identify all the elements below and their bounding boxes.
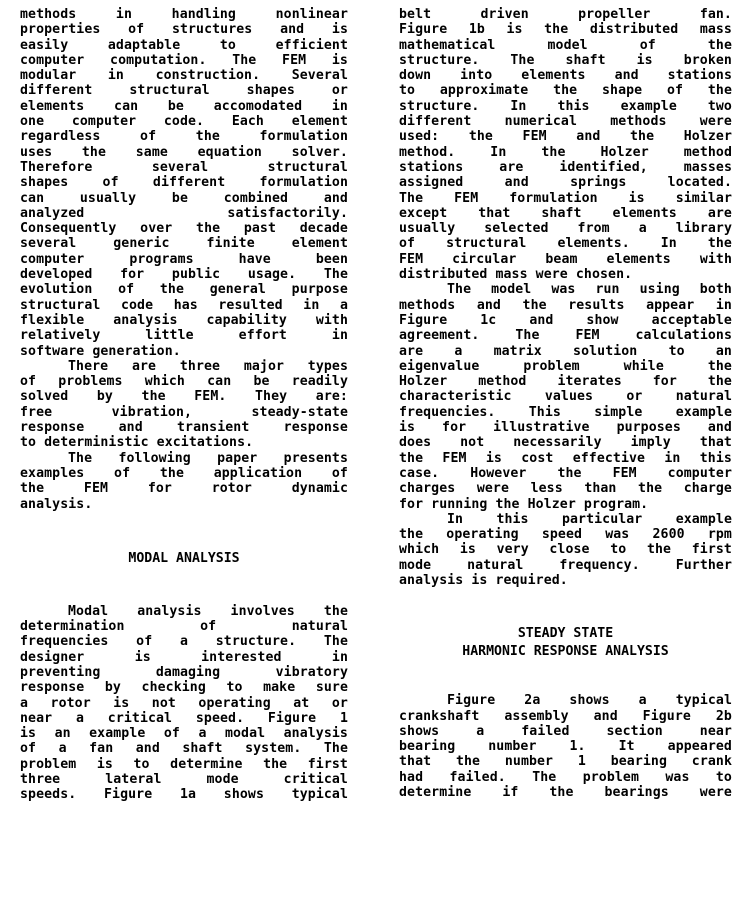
text-line: stationsareidentified,masses [399, 160, 732, 175]
text-line: Inthisparticularexample [399, 512, 732, 527]
text-line: Holzermethoditeratesforthe [399, 374, 732, 389]
text-line: structure.Inthisexampletwo [399, 99, 732, 114]
text-line: arotorisnotoperatingator [20, 696, 348, 711]
text-line: TheFEMformulationissimilar [399, 191, 732, 206]
text-line: ofproblemswhichcanbereadily [20, 374, 348, 389]
text-line: differentnumericalmethodswere [399, 114, 732, 129]
spacer [399, 588, 732, 625]
text-line: exceptthatshaftelementsare [399, 206, 732, 221]
text-line: shapesofdifferentformulation [20, 175, 348, 190]
text-line: characteristicvaluesornatural [399, 389, 732, 404]
right-text-block-2: Figure2ashowsatypicalcrankshaftassemblya… [399, 693, 732, 800]
text-line: bearingnumber1.Itappeared [399, 739, 732, 754]
text-line: threelateralmodecritical [20, 772, 348, 787]
text-line: usuallyselectedfromalibrary [399, 221, 732, 236]
text-line: Figure2ashowsatypical [399, 693, 732, 708]
text-line: propertiesofstructuresandis [20, 22, 348, 37]
text-line: theoperatingspeedwas2600rpm [399, 527, 732, 542]
text-line: responseandtransientresponse [20, 420, 348, 435]
text-line: Thefollowingpaperpresents [20, 451, 348, 466]
text-line: severalgenericfiniteelement [20, 236, 348, 251]
text-line: determinationofnatural [20, 619, 348, 634]
text-line: regardlessoftheformulation [20, 129, 348, 144]
text-line: Modalanalysisinvolvesthe [20, 604, 348, 619]
text-line: computerprogramshavebeen [20, 252, 348, 267]
text-line: Themodelwasrunusingboth [399, 282, 732, 297]
left-text-block-2: Modalanalysisinvolvesthedeterminationofn… [20, 604, 348, 803]
text-line: Therearethreemajortypes [20, 359, 348, 374]
text-line: for running the Holzer program. [399, 497, 732, 512]
text-line: method.IntheHolzermethod [399, 145, 732, 160]
text-line: mathematicalmodelofthe [399, 38, 732, 53]
left-column: methodsinhandlingnonlinearpropertiesofst… [20, 7, 348, 803]
text-line: downintoelementsandstations [399, 68, 732, 83]
text-line: modenaturalfrequency.Further [399, 558, 732, 573]
text-line: theFEMforrotordynamic [20, 481, 348, 496]
spacer [20, 568, 348, 604]
text-line: freevibration,steady-state [20, 405, 348, 420]
text-line: software generation. [20, 344, 348, 359]
text-line: analyzedsatisfactorily. [20, 206, 348, 221]
text-line: speeds.Figure1ashowstypical [20, 787, 348, 802]
text-line: usesthesameequationsolver. [20, 145, 348, 160]
spacer [20, 512, 348, 550]
text-line: used:theFEMandtheHolzer [399, 129, 732, 144]
text-line: isforillustrativepurposesand [399, 420, 732, 435]
text-line: onecomputercode.Eachelement [20, 114, 348, 129]
text-line: eigenvalueproblemwhilethe [399, 359, 732, 374]
text-line: nearacriticalspeed.Figure1 [20, 711, 348, 726]
text-line: hadfailed.Theproblemwasto [399, 770, 732, 785]
text-line: developedforpublicusage.The [20, 267, 348, 282]
text-line: designerisinterestedin [20, 650, 348, 665]
text-line: differentstructuralshapesor [20, 83, 348, 98]
text-line: responsebycheckingtomakesure [20, 680, 348, 695]
text-line: structuralcodehasresultedina [20, 298, 348, 313]
text-line: analysis. [20, 497, 348, 512]
text-line: Consequentlyoverthepastdecade [20, 221, 348, 236]
text-line: modularinconstruction.Several [20, 68, 348, 83]
text-line: FEMcircularbeamelementswith [399, 252, 732, 267]
section-heading-steady-state: STEADY STATE [399, 625, 732, 643]
text-line: relativelylittleeffortin [20, 328, 348, 343]
text-line: whichisveryclosetothefirst [399, 542, 732, 557]
text-line: preventingdamagingvibratory [20, 665, 348, 680]
text-line: evolutionofthegeneralpurpose [20, 282, 348, 297]
left-text-block-1: methodsinhandlingnonlinearpropertiesofst… [20, 7, 348, 512]
text-line: distributed mass were chosen. [399, 267, 732, 282]
text-line: determineifthebearingswere [399, 785, 732, 800]
text-line: theFEMiscosteffectiveinthis [399, 451, 732, 466]
section-heading-harmonic-response: HARMONIC RESPONSE ANALYSIS [399, 643, 732, 661]
text-line: isanexampleofamodalanalysis [20, 726, 348, 741]
text-line: assignedandspringslocated. [399, 175, 732, 190]
text-line: areamatrixsolutiontoan [399, 344, 732, 359]
text-line: computercomputation.TheFEMis [20, 53, 348, 68]
text-line: showsafailedsectionnear [399, 724, 732, 739]
text-line: case.HowevertheFEMcomputer [399, 466, 732, 481]
right-text-block-1: beltdrivenpropellerfan.Figure1bisthedist… [399, 7, 732, 588]
text-line: canusuallybecombinedand [20, 191, 348, 206]
text-line: Figure1candshowacceptable [399, 313, 732, 328]
text-line: agreement.TheFEMcalculations [399, 328, 732, 343]
text-line: ofafanandshaftsystem.The [20, 741, 348, 756]
text-line: crankshaftassemblyandFigure2b [399, 709, 732, 724]
text-line: frequencies.Thissimpleexample [399, 405, 732, 420]
text-line: Thereforeseveralstructural [20, 160, 348, 175]
text-line: to deterministic excitations. [20, 435, 348, 450]
text-line: problemistodeterminethefirst [20, 757, 348, 772]
text-line: toapproximatetheshapeofthe [399, 83, 732, 98]
text-line: Figure1bisthedistributedmass [399, 22, 732, 37]
text-line: chargeswerelessthanthecharge [399, 481, 732, 496]
text-line: analysis is required. [399, 573, 732, 588]
text-line: methodsandtheresultsappearin [399, 298, 732, 313]
text-line: examplesoftheapplicationof [20, 466, 348, 481]
text-line: doesnotnecessarilyimplythat [399, 435, 732, 450]
spacer [399, 661, 732, 693]
text-line: elementscanbeaccomodatedin [20, 99, 348, 114]
text-line: structure.Theshaftisbroken [399, 53, 732, 68]
text-line: ofstructuralelements.Inthe [399, 236, 732, 251]
right-column: beltdrivenpropellerfan.Figure1bisthedist… [399, 7, 732, 800]
text-line: beltdrivenpropellerfan. [399, 7, 732, 22]
text-line: thatthenumber1bearingcrank [399, 754, 732, 769]
text-line: flexibleanalysiscapabilitywith [20, 313, 348, 328]
text-line: solvedbytheFEM.Theyare: [20, 389, 348, 404]
text-line: methodsinhandlingnonlinear [20, 7, 348, 22]
text-line: easilyadaptabletoefficient [20, 38, 348, 53]
text-line: frequenciesofastructure.The [20, 634, 348, 649]
section-heading-modal-analysis: MODAL ANALYSIS [20, 550, 348, 568]
